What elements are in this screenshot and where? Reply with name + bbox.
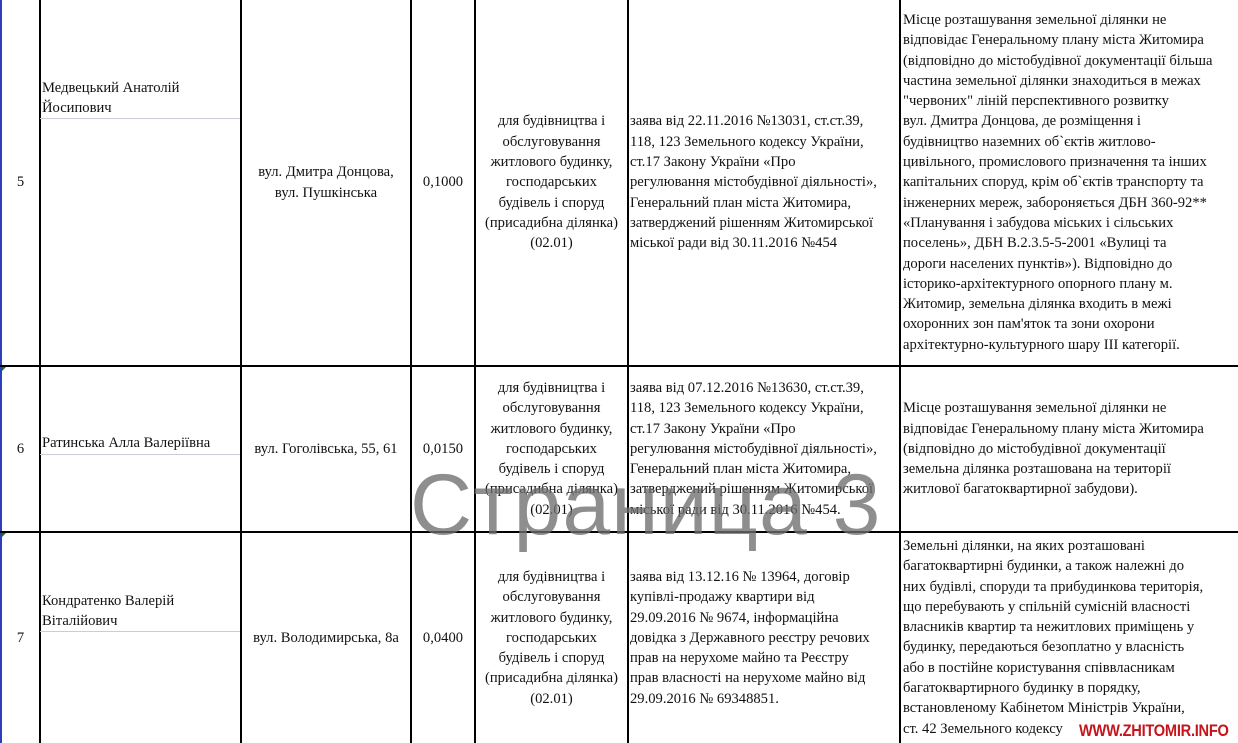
refusal-reason-cell[interactable]: Місце розташування земельної ділянки не … bbox=[903, 367, 1238, 531]
row-number-cell[interactable]: 5 bbox=[2, 0, 39, 365]
address-cell[interactable]: вул. Дмитра Донцова, вул. Пушкінська bbox=[242, 0, 410, 365]
cell-underline bbox=[40, 454, 240, 455]
area-cell[interactable]: 0,1000 bbox=[412, 0, 474, 365]
applicant-name-cell[interactable]: Медвецький Анатолій Йосипович bbox=[42, 78, 240, 118]
area-cell[interactable]: 0,0150 bbox=[412, 367, 474, 531]
basis-cell[interactable]: заява від 22.11.2016 №13031, ст.ст.39, 1… bbox=[630, 0, 899, 365]
area-cell[interactable]: 0,0400 bbox=[412, 533, 474, 743]
spreadsheet-page: 5 Медвецький Анатолій Йосипович вул. Дми… bbox=[0, 0, 1238, 743]
basis-cell[interactable]: заява від 07.12.2016 №13630, ст.ст.39, 1… bbox=[630, 367, 899, 531]
site-watermark: WWW.ZHITOMIR.INFO bbox=[1079, 722, 1229, 740]
applicant-name-cell[interactable]: Кондратенко Валерій Віталійович bbox=[42, 591, 240, 631]
purpose-cell[interactable]: для будівництва і обслуговування житлово… bbox=[476, 533, 627, 743]
cell-underline bbox=[40, 631, 240, 632]
column-divider bbox=[899, 0, 901, 743]
purpose-cell[interactable]: для будівництва і обслуговування житлово… bbox=[476, 367, 627, 531]
column-divider bbox=[627, 0, 629, 743]
row-number-cell[interactable]: 6 bbox=[2, 367, 39, 531]
cell-underline bbox=[40, 118, 240, 119]
applicant-name-cell[interactable]: Ратинська Алла Валеріївна bbox=[42, 432, 240, 454]
purpose-cell[interactable]: для будівництва і обслуговування житлово… bbox=[476, 0, 627, 365]
address-cell[interactable]: вул. Володимирська, 8а bbox=[242, 533, 410, 743]
address-cell[interactable]: вул. Гоголівська, 55, 61 bbox=[242, 367, 410, 531]
row-number-cell[interactable]: 7 bbox=[2, 533, 39, 743]
basis-cell[interactable]: заява від 13.12.16 № 13964, договір купі… bbox=[630, 533, 899, 743]
refusal-reason-cell[interactable]: Місце розташування земельної ділянки не … bbox=[903, 0, 1238, 365]
refusal-reason-cell[interactable]: Земельні ділянки, на яких розташовані ба… bbox=[903, 536, 1238, 743]
